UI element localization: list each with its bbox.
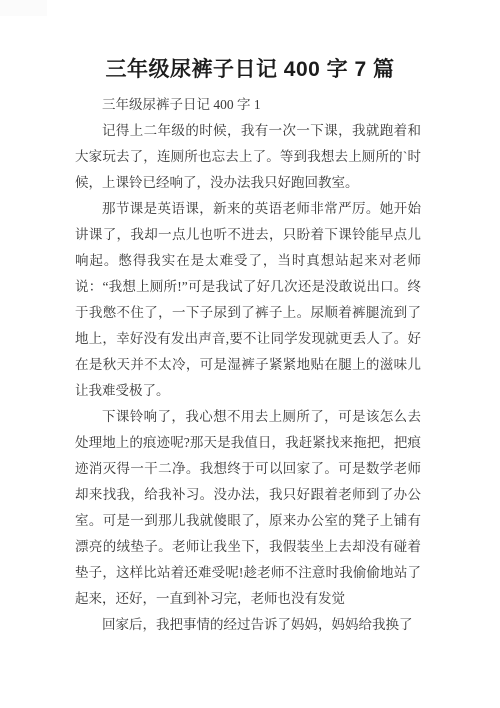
section-heading: 三年级尿裤子日记 400 字 1	[75, 92, 421, 118]
body-paragraph-4: 回家后，我把事情的经过告诉了妈妈，妈妈给我换了	[75, 612, 421, 638]
document-body: 三年级尿裤子日记 400 字 1 记得上二年级的时候，我有一次一下课，我就跑着和…	[75, 92, 421, 638]
body-paragraph-3: 下课铃响了，我心想不用去上厕所了，可是该怎么去处理地上的痕迹呢?那天是我值日，我…	[75, 404, 421, 612]
document-title: 三年级尿裤子日记 400 字 7 篇	[0, 0, 500, 82]
scan-artifact	[0, 0, 47, 16]
body-paragraph-1: 记得上二年级的时候，我有一次一下课，我就跑着和大家玩去了，连厕所也忘去上了。等到…	[75, 118, 421, 196]
body-paragraph-2: 那节课是英语课，新来的英语老师非常严厉。她开始讲课了，我却一点儿也听不进去，只盼…	[75, 196, 421, 404]
document-page: 三年级尿裤子日记 400 字 7 篇 三年级尿裤子日记 400 字 1 记得上二…	[0, 0, 500, 708]
